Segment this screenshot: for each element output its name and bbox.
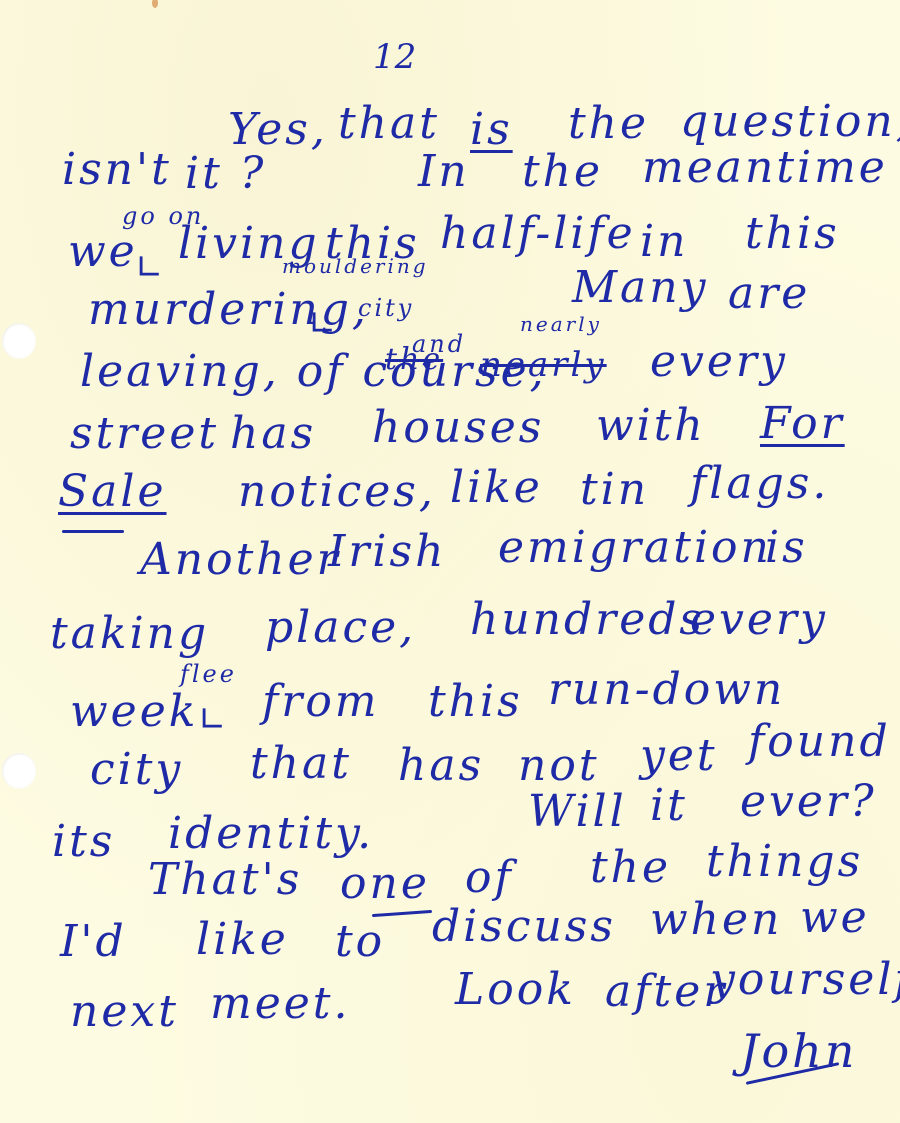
word: houses — [372, 406, 544, 450]
word: things — [706, 840, 863, 884]
insertion-caret: ∟ — [198, 700, 227, 740]
punch-hole-bottom — [2, 753, 36, 789]
word: I'd — [60, 920, 127, 964]
word: to — [335, 920, 385, 964]
word: emigration — [498, 526, 772, 570]
insertion: nearly — [520, 312, 602, 336]
word: yet — [640, 734, 718, 778]
insertion-caret: ∟ — [308, 304, 337, 344]
word: Many — [572, 266, 708, 310]
word-underlined: Sale — [58, 470, 167, 514]
connector-stroke — [372, 910, 432, 917]
word: it — [650, 784, 688, 828]
word: hundreds — [470, 598, 705, 642]
paper-stain — [152, 0, 158, 8]
word: found — [748, 720, 891, 764]
word: identity. — [168, 812, 374, 856]
word: when — [650, 898, 782, 942]
word: leaving, of course, — [80, 350, 547, 394]
word-underlined: is — [470, 108, 513, 152]
word: we — [68, 230, 138, 274]
word: this — [428, 680, 523, 724]
letter-page: 12 Yes, that is the question, isn't it ?… — [0, 0, 900, 1123]
word: are — [728, 272, 810, 316]
word: its — [52, 820, 115, 864]
word: from — [262, 680, 380, 724]
word: half-life — [440, 212, 636, 256]
word: not — [518, 744, 600, 788]
word: Another — [140, 538, 341, 582]
word: the — [568, 102, 649, 146]
word: run-down — [548, 668, 785, 712]
insertion: flee — [180, 660, 237, 688]
insertion: mouldering — [282, 254, 429, 278]
word: ever? — [740, 780, 877, 824]
word: the — [590, 846, 671, 890]
paragraph-dash — [62, 530, 124, 533]
word: yourself. — [710, 958, 900, 1002]
word: city — [90, 748, 183, 792]
page-number: 12 — [373, 40, 416, 74]
word: meantime — [642, 146, 888, 190]
word: discuss — [432, 905, 616, 949]
word: question, — [680, 100, 900, 144]
word: tin — [580, 468, 649, 512]
word: Will — [528, 790, 627, 834]
word: that — [250, 742, 352, 786]
insertion-caret: ∟ — [135, 248, 164, 288]
word: street — [70, 412, 219, 456]
word: Look — [455, 968, 576, 1012]
word: next — [70, 990, 179, 1034]
word: has — [398, 744, 484, 788]
signature: John — [740, 1028, 857, 1074]
struck-word: nearly — [480, 348, 607, 382]
word: of — [465, 856, 514, 900]
word: we — [800, 896, 870, 940]
word: Irish — [328, 530, 446, 574]
word: the — [522, 150, 603, 194]
word: one — [340, 862, 430, 906]
word: like — [450, 466, 543, 510]
insertion: and — [412, 330, 466, 358]
word: flags. — [690, 462, 829, 506]
word: every — [650, 340, 788, 384]
word: isn't — [62, 148, 172, 192]
word: week — [70, 690, 198, 734]
punch-hole-top — [2, 323, 36, 359]
word: with — [596, 404, 706, 448]
word: this — [745, 212, 840, 256]
word: In — [418, 150, 470, 194]
word: taking — [50, 612, 209, 656]
word: is — [765, 526, 808, 570]
word-underlined: For — [760, 402, 845, 446]
word: after — [605, 970, 727, 1014]
word: has — [230, 412, 316, 456]
insertion: city — [358, 294, 414, 322]
word: That's — [148, 858, 302, 902]
word: Yes, — [228, 108, 328, 152]
word: place, — [265, 606, 416, 650]
word: like — [196, 918, 289, 962]
word: notices, — [238, 470, 436, 514]
word: it ? — [185, 152, 266, 196]
word: that — [338, 102, 440, 146]
word: in — [640, 220, 688, 264]
word: meet. — [210, 982, 350, 1026]
word: every — [690, 598, 828, 642]
